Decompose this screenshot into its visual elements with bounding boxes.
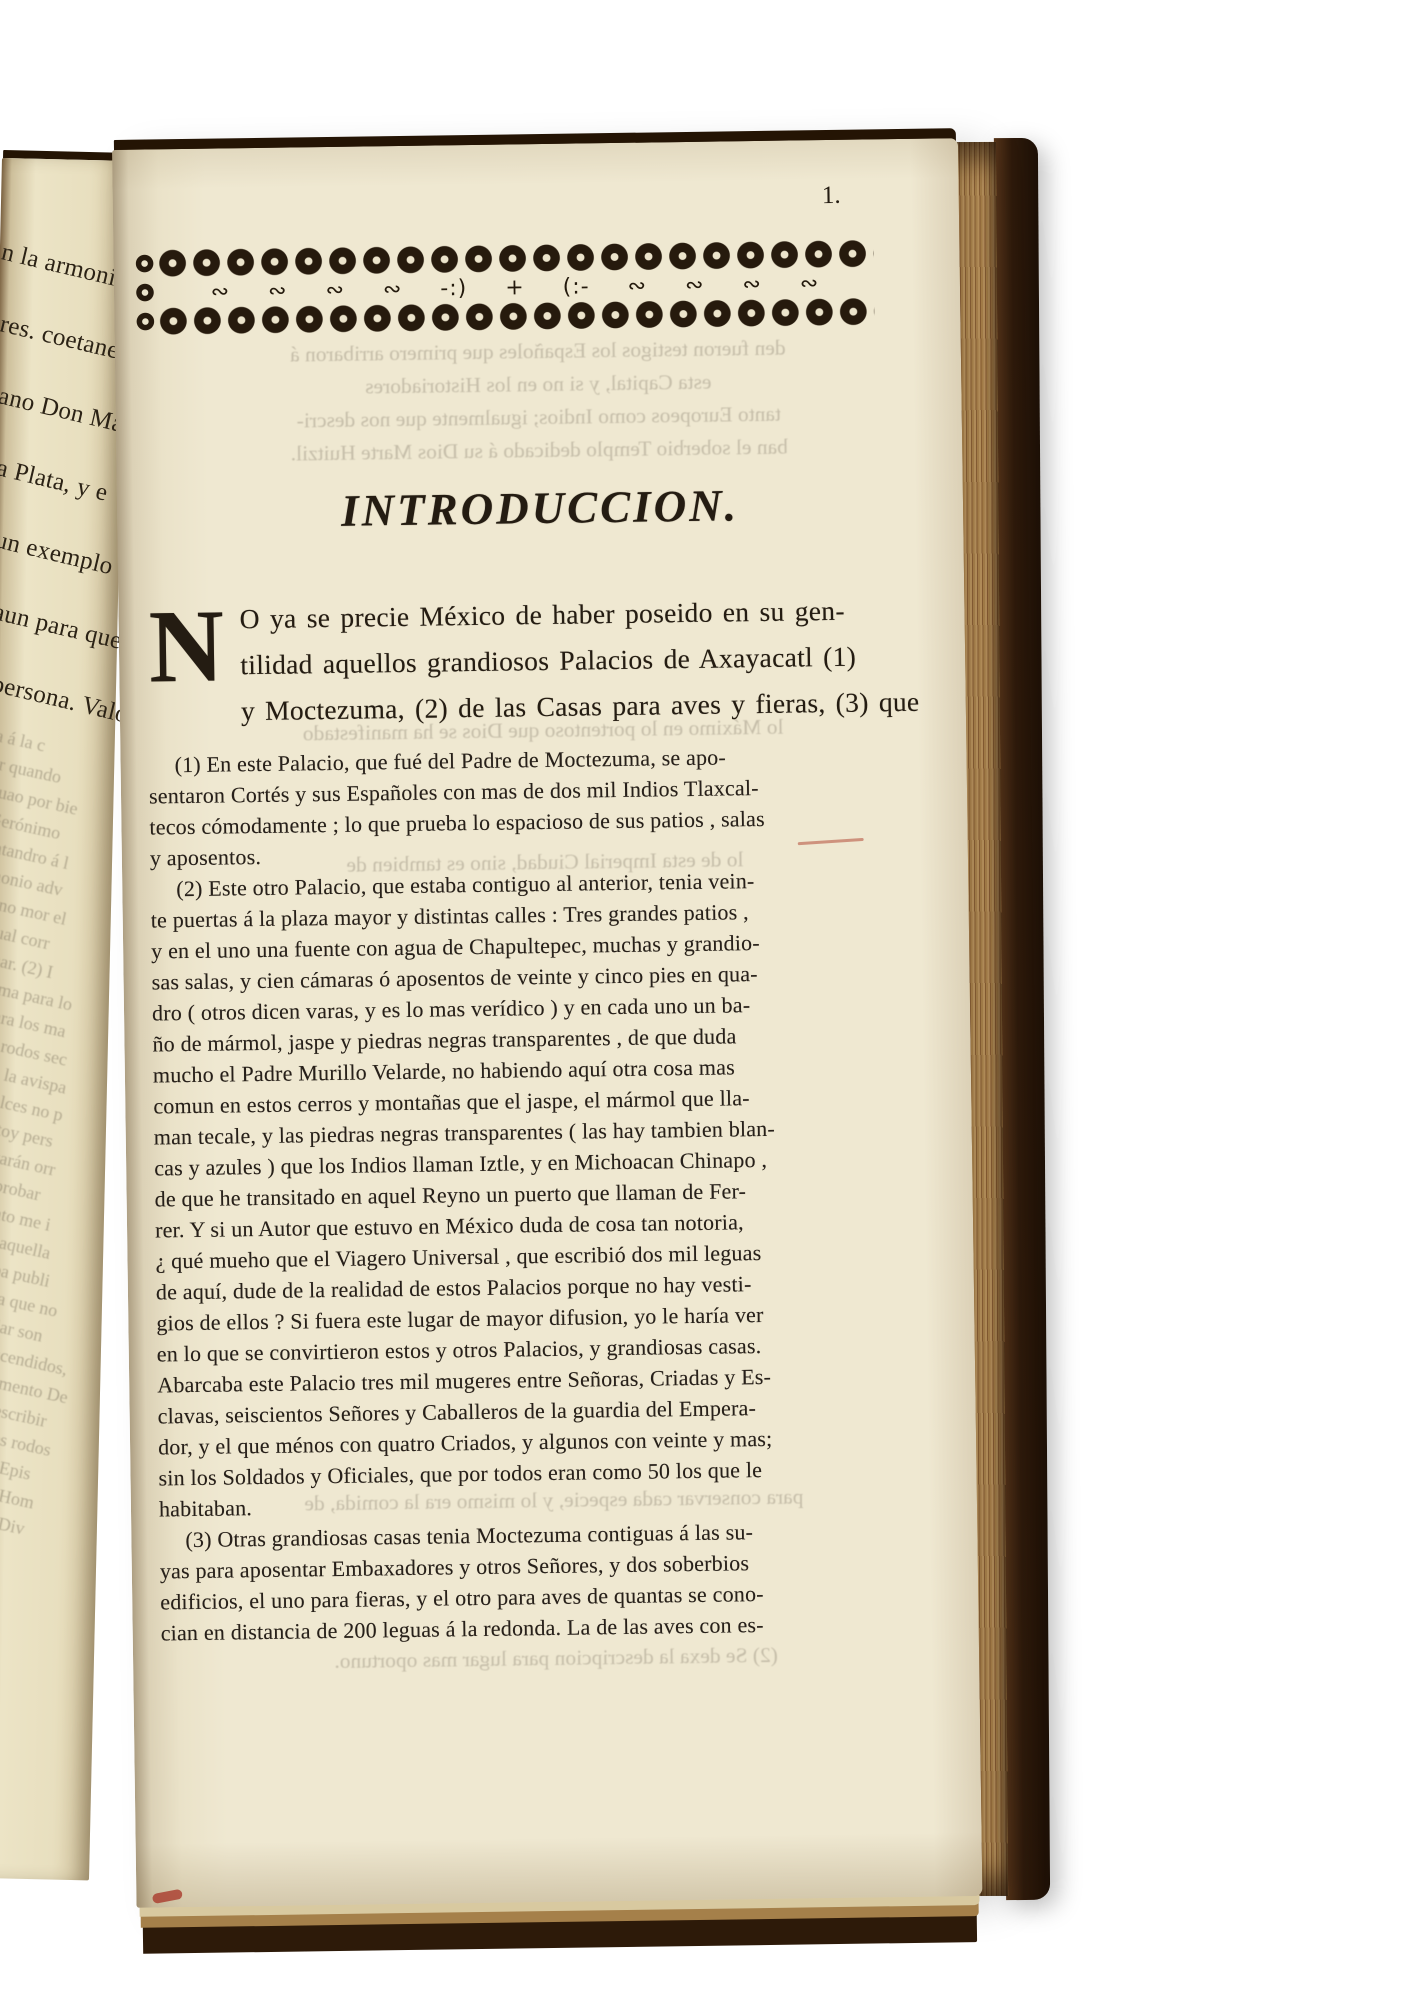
ornament-left-cap [135,249,154,335]
bleedthrough-line: tanto Europeos como Indios; igualmente q… [146,400,932,436]
footnotes: (1) En este Palacio, que fué del Padre d… [148,739,950,1649]
book-photograph: n la armonia yres. coetaneosano Don Mara… [0,0,1420,2000]
bleedthrough-line: den fueron testigos los Españoles que pr… [145,334,931,370]
main-page: den fueron testigos los Españoles que pr… [112,138,982,1908]
footnote-1: (1) En este Palacio, que fué del Padre d… [148,739,940,874]
left-page-text: n la armonia yres. coetaneosano Don Mara… [0,216,129,1535]
footnote-2: (2) Este otro Palacio, que estaba contig… [150,863,949,1525]
left-page-dark-fragments: n la armonia yres. coetaneosano Don Mara… [0,216,129,723]
left-page-edge: n la armonia yres. coetaneosano Don Mara… [0,158,128,1880]
footnote-3: (3) Otras grandiosas casas tenia Moctezu… [159,1513,951,1648]
drop-cap: N [148,602,224,695]
intro-paragraph: N O ya se precie México de haber poseido… [148,587,932,736]
bleedthrough-line: ban el soberbio Templo dedicado á su Dio… [146,433,932,469]
section-title: INTRODUCCION. [117,476,964,540]
header-ornament: ∾ ∾ ∾ ∾ -:) + (:- ∾ ∾ ∾ ∾ [155,239,874,335]
left-page-faint-fragments: ta á la cor quandoguao por bieGerónimofa… [0,720,117,1535]
bleedthrough-line: esta Capital, y si no en los Historiador… [145,367,931,403]
page-number: 1. [822,182,841,210]
bleedthrough-text: den fueron testigos los Españoles que pr… [112,138,958,150]
red-ink-blot [152,1889,183,1904]
